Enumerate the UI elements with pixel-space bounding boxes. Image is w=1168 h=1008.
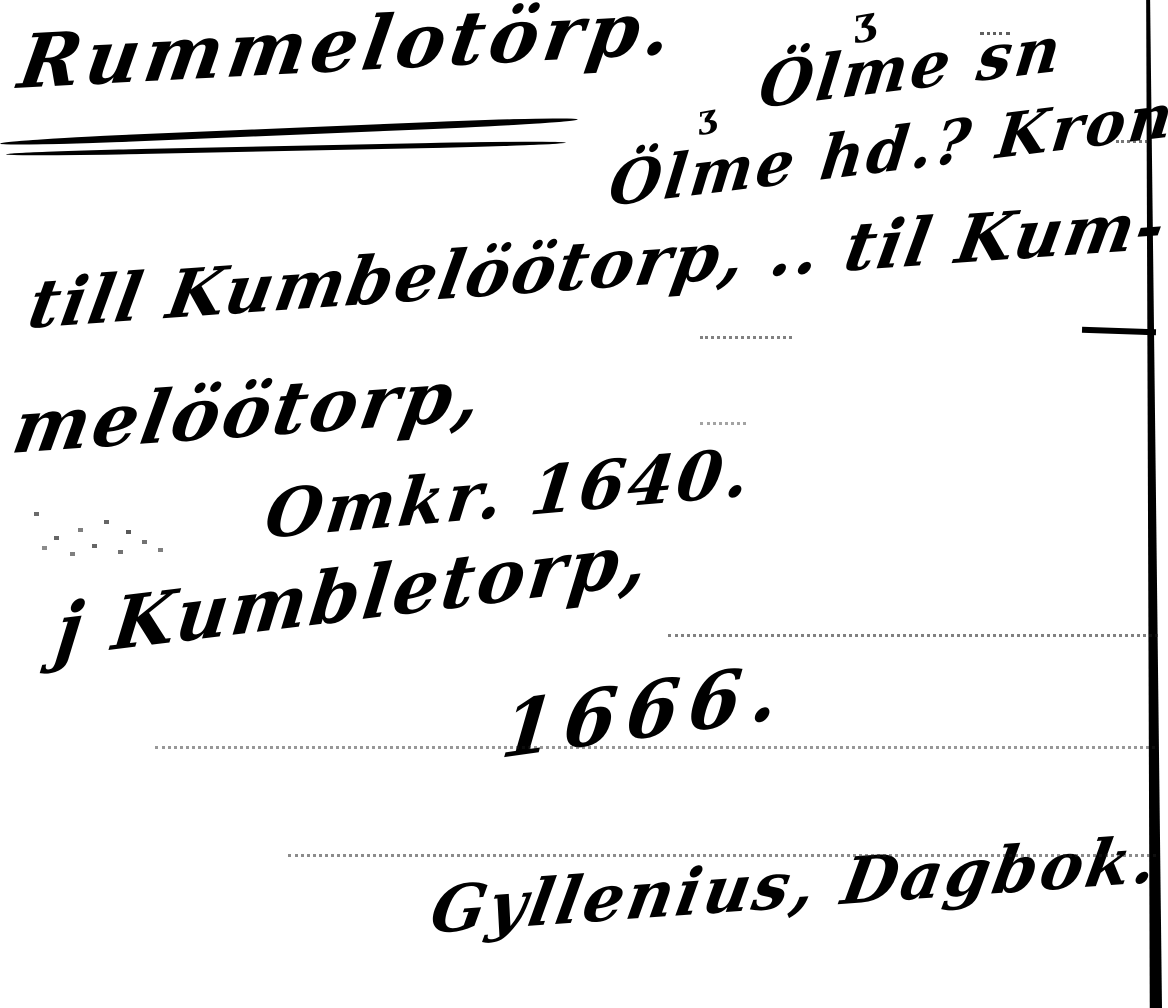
hyphen-connector-stroke xyxy=(1082,327,1156,336)
smudge-artifact xyxy=(34,512,39,516)
entry-line-1: till Kumbelöötorp, .. til Kum- xyxy=(24,192,1168,338)
source-citation: Gyllenius, Dagbok. xyxy=(426,828,1165,944)
dot-artifact xyxy=(980,32,1010,35)
ruled-line-artifact xyxy=(668,634,1158,637)
ruled-line-artifact xyxy=(288,854,1156,857)
ruled-line-artifact xyxy=(700,422,746,425)
abbreviation-mark: ʒ xyxy=(694,99,720,134)
entry-line-5: 1666. xyxy=(498,652,791,770)
dot-artifact xyxy=(1116,140,1148,143)
scanned-index-card: Rummelotörp. ʒ ʒ Ölme sn Ölme hd.? Kron.… xyxy=(0,0,1168,1008)
ruled-line-artifact xyxy=(700,336,792,339)
entry-line-2: melöötorp, xyxy=(8,358,490,464)
ruled-line-artifact xyxy=(155,746,1155,749)
card-title: Rummelotörp. xyxy=(14,0,681,100)
